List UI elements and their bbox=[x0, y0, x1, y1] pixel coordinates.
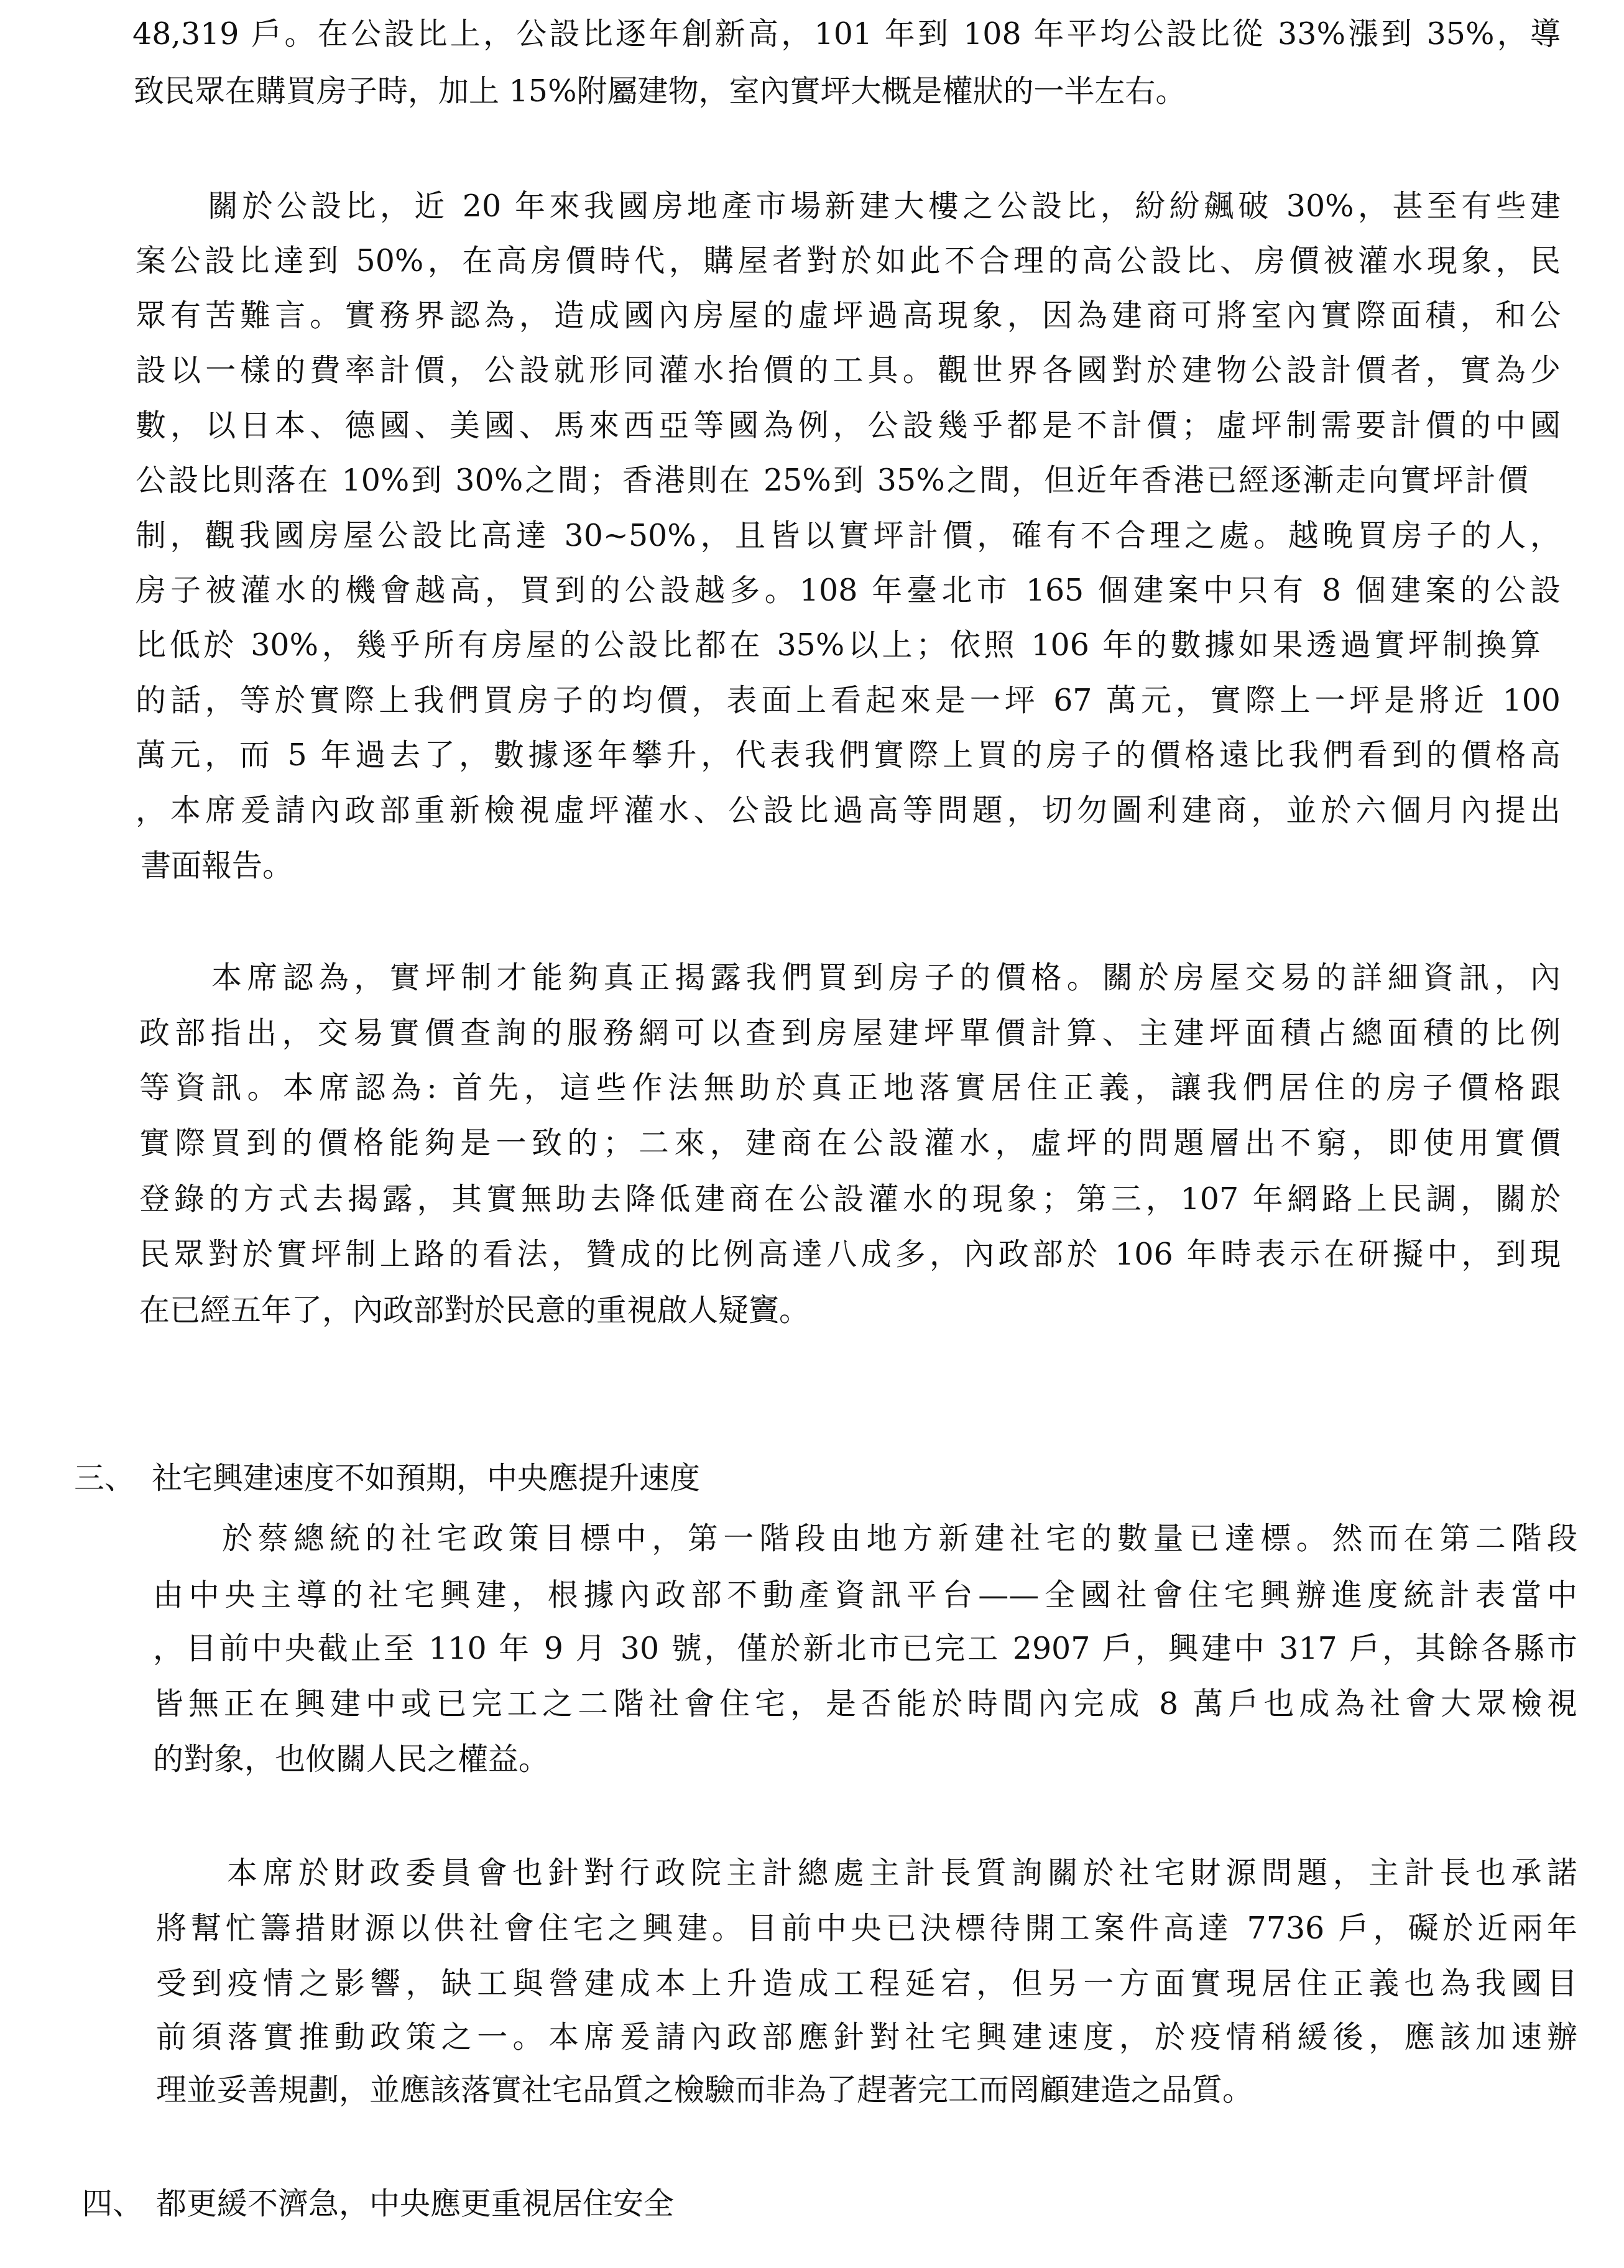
text-line: 政部指出，交易實價查詢的服務網可以查到房屋建坪單價計算、主建坪面積占總面積的比例 bbox=[139, 1015, 1561, 1052]
text-line: 關於公設比，近 20 年來我國房地產市場新建大樓之公設比，紛紛飆破 30%，甚至… bbox=[208, 188, 1561, 225]
text-line: 萬元，而 5 年過去了，數據逐年攀升，代表我們實際上買的房子的價格遠比我們看到的… bbox=[136, 737, 1561, 774]
text-line: 房子被灌水的機會越高，買到的公設越多。108 年臺北市 165 個建案中只有 8… bbox=[136, 572, 1561, 609]
text-line: 民眾對於實坪制上路的看法，贊成的比例高達八成多，內政部於 106 年時表示在研擬… bbox=[139, 1236, 1561, 1273]
text-line: 本席於財政委員會也針對行政院主計總處主計長質詢關於社宅財源問題，主計長也承諾 bbox=[227, 1855, 1577, 1892]
text-line: 眾有苦難言。實務界認為，造成國內房屋的虛坪過高現象，因為建商可將室內實際面積，和… bbox=[136, 297, 1561, 334]
section-heading-4: 四、 都更緩不濟急，中央應更重視居住安全 bbox=[82, 2185, 1574, 2223]
section-heading-3: 三、 社宅興建速度不如預期，中央應提升速度 bbox=[74, 1460, 1566, 1497]
text-line: 書面報告。 bbox=[141, 847, 1561, 885]
text-line: ，目前中央截止至 110 年 9 月 30 號，僅於新北市已完工 2907 戶，… bbox=[153, 1630, 1577, 1667]
document-page: 48,319 戶。在公設比上，公設比逐年創新高，101 年到 108 年平均公設… bbox=[0, 0, 1624, 2268]
text-line: 48,319 戶。在公設比上，公設比逐年創新高，101 年到 108 年平均公設… bbox=[132, 16, 1561, 53]
text-line: 等資訊。本席認為: 首先，這些作法無助於真正地落實居住正義，讓我們居住的房子價格… bbox=[139, 1069, 1561, 1107]
text-line: 的對象，也攸關人民之權益。 bbox=[153, 1741, 1577, 1778]
section-title: 社宅興建速度不如預期，中央應提升速度 bbox=[152, 1460, 700, 1497]
text-line: 皆無正在興建中或已完工之二階社會住宅，是否能於時間內完成 8 萬戶也成為社會大眾… bbox=[153, 1685, 1577, 1723]
text-line: 致民眾在購買房子時，加上 15%附屬建物，室內實坪大概是權狀的一半左右。 bbox=[134, 73, 1561, 110]
text-line: 理並妥善規劃，並應該落實社宅品質之檢驗而非為了趕著完工而罔顧建造之品質。 bbox=[156, 2072, 1577, 2109]
section-number: 四、 bbox=[82, 2185, 143, 2223]
text-line: 在已經五年了，內政部對於民意的重視啟人疑竇。 bbox=[139, 1292, 1561, 1329]
text-line: 前須落實推動政策之一。本席爰請內政部應針對社宅興建速度，於疫情稍緩後，應該加速辦 bbox=[156, 2019, 1577, 2056]
text-line: 由中央主導的社宅興建，根據內政部不動產資訊平台——全國社會住宅興辦進度統計表當中 bbox=[153, 1577, 1577, 1614]
text-line: 的話，等於實際上我們買房子的均價，表面上看起來是一坪 67 萬元，實際上一坪是將… bbox=[136, 682, 1561, 719]
text-line: 案公設比達到 50%，在高房價時代，購屋者對於如此不合理的高公設比、房價被灌水現… bbox=[136, 242, 1561, 280]
section-number: 三、 bbox=[74, 1460, 135, 1497]
text-line: 將幫忙籌措財源以供社會住宅之興建。目前中央已決標待開工案件高達 7736 戶，礙… bbox=[156, 1910, 1577, 1947]
text-line: 設以一樣的費率計價，公設就形同灌水抬價的工具。觀世界各國對於建物公設計價者，實為… bbox=[136, 352, 1561, 389]
text-line: 公設比則落在 10%到 30%之間；香港則在 25%到 35%之間，但近年香港已… bbox=[136, 462, 1528, 499]
text-line: 於蔡總統的社宅政策目標中，第一階段由地方新建社宅的數量已達標。然而在第二階段 bbox=[222, 1520, 1577, 1557]
text-line: 登錄的方式去揭露，其實無助去降低建商在公設灌水的現象；第三，107 年網路上民調… bbox=[139, 1181, 1561, 1218]
text-line: 本席認為，實坪制才能夠真正揭露我們買到房子的價格。關於房屋交易的詳細資訊，內 bbox=[211, 959, 1561, 997]
section-title: 都更緩不濟急，中央應更重視居住安全 bbox=[156, 2185, 674, 2223]
text-line: 數，以日本、德國、美國、馬來西亞等國為例，公設幾乎都是不計價；虛坪制需要計價的中… bbox=[136, 407, 1561, 445]
text-line: 比低於 30%，幾乎所有房屋的公設比都在 35%以上；依照 106 年的數據如果… bbox=[136, 627, 1541, 664]
text-line: ，本席爰請內政部重新檢視虛坪灌水、公設比過高等問題，切勿圖利建商，並於六個月內提… bbox=[136, 792, 1561, 829]
text-line: 實際買到的價格能夠是一致的；二來，建商在公設灌水，虛坪的問題層出不窮，即使用實價 bbox=[139, 1125, 1561, 1162]
text-line: 制，觀我國房屋公設比高達 30~50%，且皆以實坪計價，確有不合理之處。越晚買房… bbox=[136, 517, 1561, 555]
text-line: 受到疫情之影響，缺工與營建成本上升造成工程延宕，但另一方面實現居住正義也為我國目 bbox=[156, 1965, 1577, 2003]
